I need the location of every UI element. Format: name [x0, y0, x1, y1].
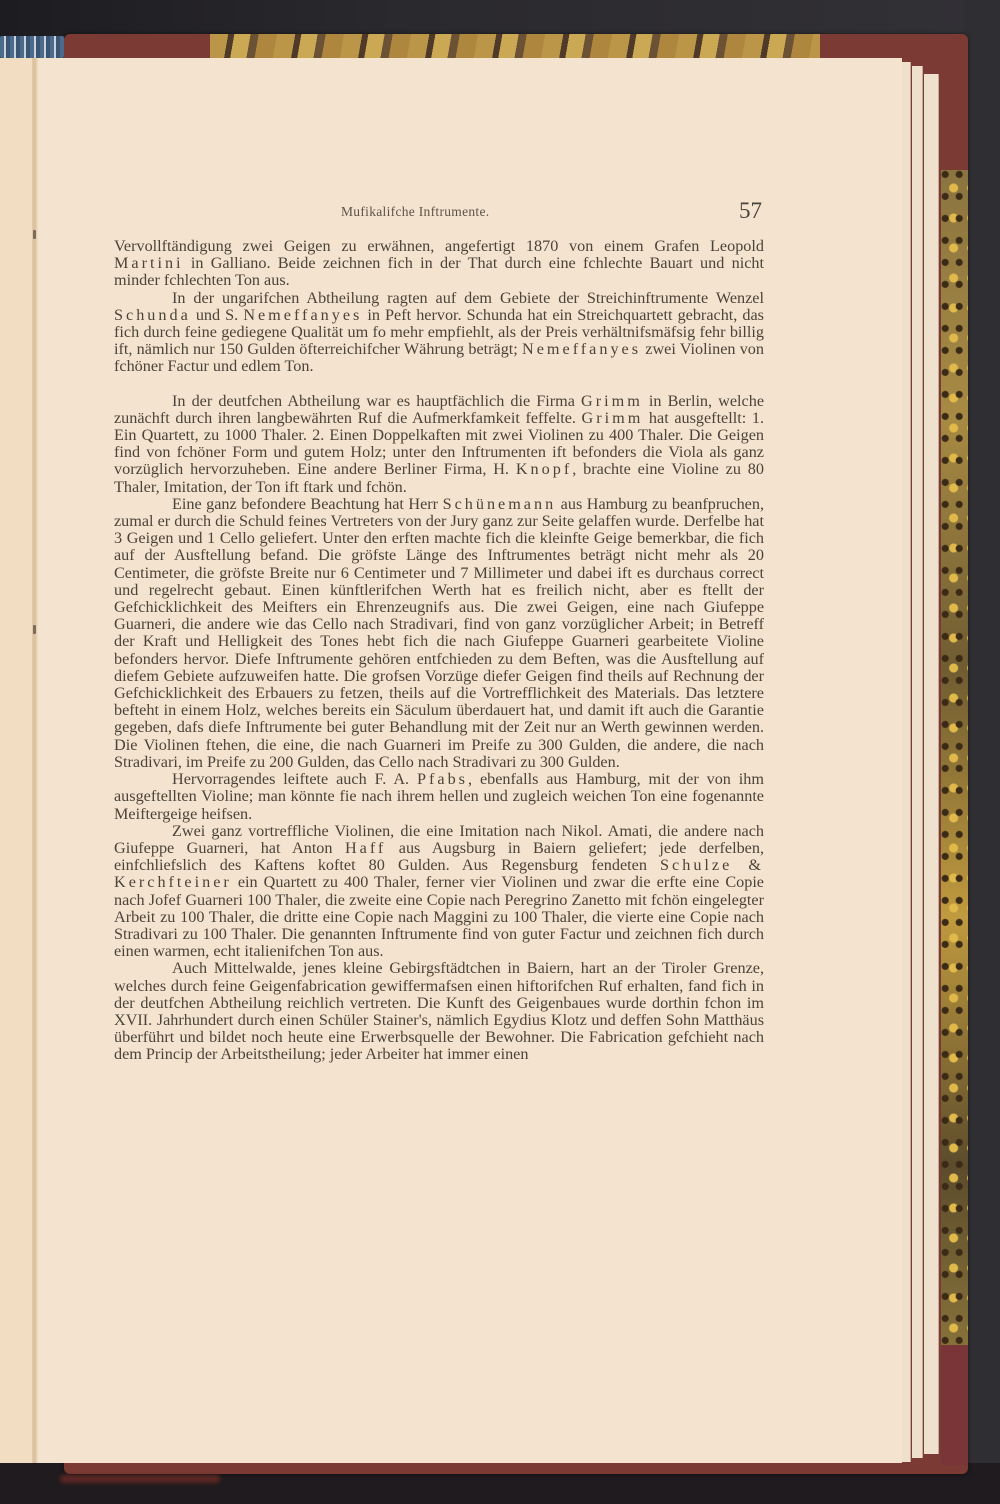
page-gutter [32, 58, 38, 1463]
spaced-name: Grimm [582, 409, 644, 427]
paragraph: Eine ganz befondere Beachtung hat Herr S… [114, 496, 764, 771]
text-run: Eine ganz befondere Beachtung hat Herr [172, 495, 443, 513]
spaced-name: Nemeffanyes [522, 340, 641, 358]
margin-mark [33, 625, 36, 634]
text-run: in Galliano. Beide zeichnen fich in der … [114, 254, 764, 289]
page-edge [924, 74, 939, 1454]
facing-page-sliver [0, 58, 36, 1463]
cover-leather-corner [941, 1345, 968, 1465]
spaced-name: Haff [345, 839, 386, 857]
text-run: In der ungarifchen Abtheilung ragten auf… [172, 289, 764, 307]
margin-mark [33, 230, 36, 239]
page-number: 57 [739, 198, 762, 224]
spaced-name: Nemeffanyes [243, 306, 362, 324]
paragraph: In der deutfchen Abtheilung war es haupt… [114, 393, 764, 496]
paragraph: Auch Mittelwalde, jenes kleine Gebirgsft… [114, 960, 764, 1063]
text-run: und S. [191, 306, 244, 324]
text-run: aus Hamburg zu beanfpruchen, zumal er du… [114, 495, 764, 771]
text-run: Auch Mittelwalde, jenes kleine Gebirgsft… [114, 959, 764, 1063]
spaced-name: Grimm [581, 392, 643, 410]
text-run: Vervollftändigung zwei Geigen zu erwähne… [114, 237, 764, 255]
spaced-name: Schunda [114, 306, 191, 324]
paragraph: Vervollftändigung zwei Geigen zu erwähne… [114, 238, 764, 290]
cover-marbled-edge-top [210, 34, 820, 58]
backdrop-right [964, 0, 1000, 1504]
body-text: Vervollftändigung zwei Geigen zu erwähne… [114, 238, 764, 1064]
paragraph: Hervorragendes leiftete auch F. A. Pfabs… [114, 771, 764, 823]
spaced-name: Martini [114, 254, 184, 272]
spine-cloth [0, 36, 64, 58]
page-edge [912, 66, 923, 1458]
cover-bottom-edge [60, 1475, 220, 1483]
text-run: Hervorragendes leiftete auch F. A. [172, 770, 417, 788]
running-head: Mufikalifche Inftrumente. [341, 204, 489, 220]
spaced-name: Schünemann [443, 495, 557, 513]
paragraph: Zwei ganz vortreffliche Violinen, die ei… [114, 823, 764, 961]
paragraph: In der ungarifchen Abtheilung ragten auf… [114, 290, 764, 376]
spaced-name: Knopf [516, 460, 572, 478]
text-run: In der deutfchen Abtheilung war es haupt… [172, 392, 581, 410]
spaced-name: Pfabs [417, 770, 468, 788]
cover-marbled-edge-right [941, 170, 968, 1415]
